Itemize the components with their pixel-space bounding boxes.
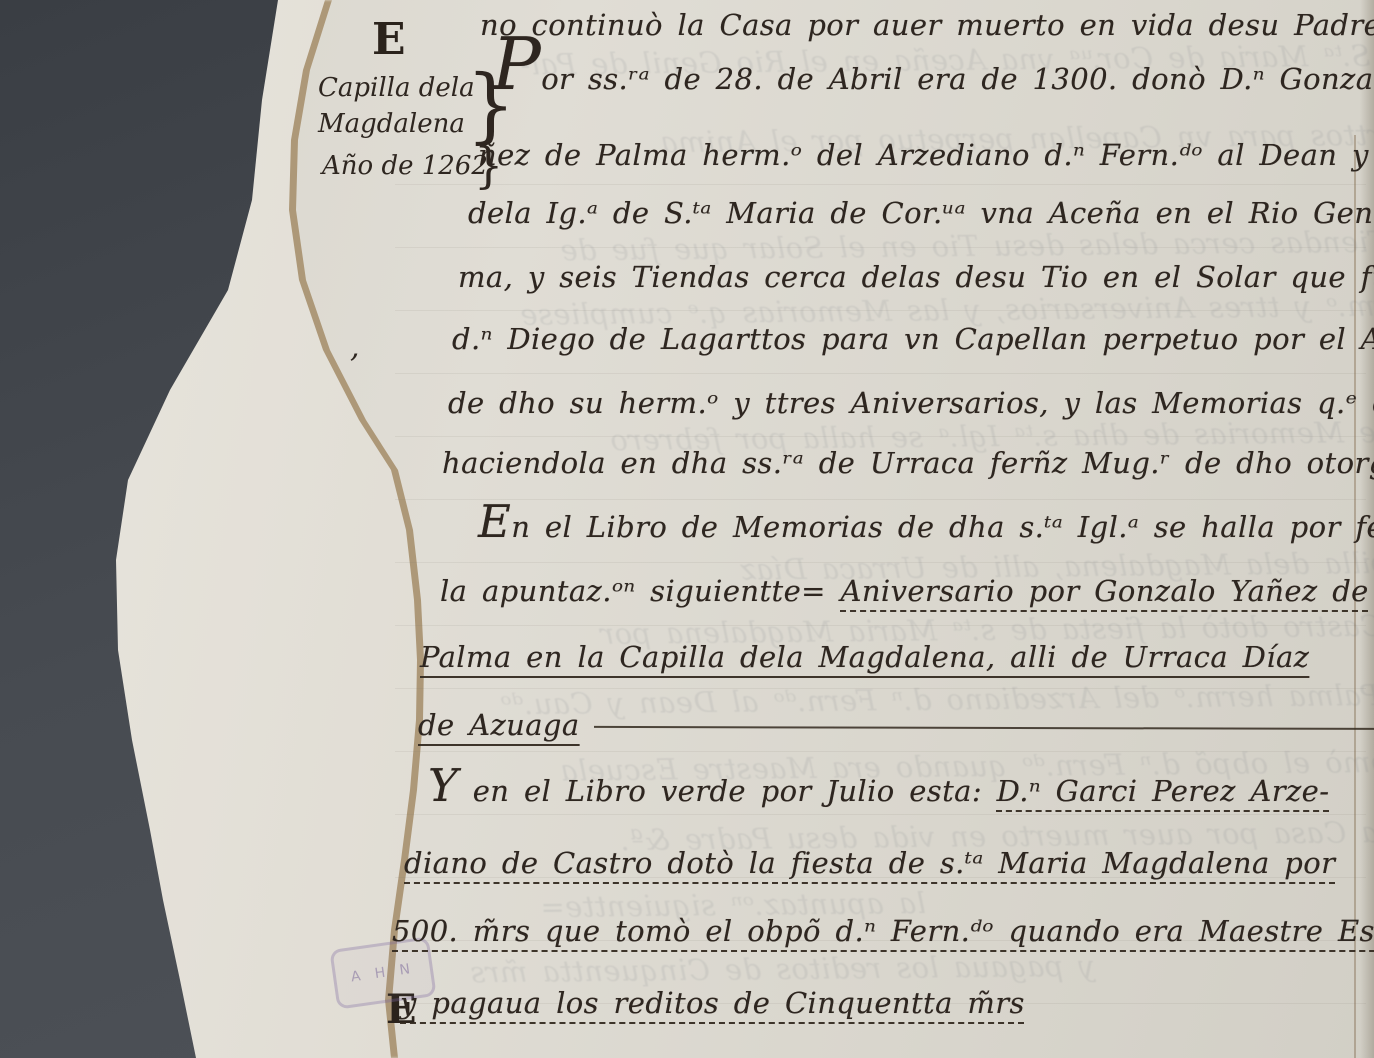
manuscript-line-6: d.ⁿ Diego de Lagarttos para vn Capellan … [452,322,1374,356]
line-text: ñez de Palma herm.ᵒ del Arzediano d.ⁿ Fe… [478,138,1374,172]
manuscript-line-8: haciendola en dha ss.ʳᵃ de Urraca ferñz … [442,446,1374,480]
line-text: de dho su herm.ᵒ y ttres Aniversarios, y… [448,386,1374,420]
manuscript-line-5: ma, y seis Tiendas cerca delas desu Tio … [458,260,1374,294]
margin-note-chapel-line2: Magdalena [318,109,465,139]
line-text: la apuntaz.ᵒⁿ siguientte= [440,574,840,608]
manuscript-line-3: ñez de Palma herm.ᵒ del Arzediano d.ⁿ Fe… [478,138,1374,172]
line-text: no continuò la Casa por auer muerto en v… [480,8,1374,42]
manuscript-line-4: dela Ig.ᵃ de S.ᵗᵃ Maria de Cor.ᵘᵃ vna Ac… [468,196,1374,230]
manuscript-line-13: Y en el Libro verde por Julio esta: D.ⁿ … [428,774,1329,808]
margin-note-chapel: Capilla dela Magdalena [318,70,475,142]
line-text: haciendola en dha ss.ʳᵃ de Urraca ferñz … [442,446,1374,480]
manuscript-line-12: de Azuaga [418,708,1374,742]
line-text: d.ⁿ Diego de Lagarttos para vn Capellan … [452,322,1374,356]
margin-note-year: Año de 1262 [322,148,488,184]
line-text-underlined: 500. m̃rs que tomò el obpõ d.ⁿ Fern.ᵈᵒ q… [392,914,1374,948]
margin-ink-mark: , [350,330,360,365]
margin-note-chapel-line1: Capilla dela [318,73,475,103]
manuscript-line-9: En el Libro de Memorias de dha s.ᵗᵃ Igl.… [478,510,1374,544]
bleedthrough-text: y pagaua los reditos de Cinquentta m̃rs [470,949,1095,990]
line-text-underlined: y pagaua los reditos de Cinquentta m̃rs [400,986,1025,1020]
manuscript-photo: dela Ig.ᵃ de S.ᵗᵃ Maria de Cor.ᵘᵃ vna Ac… [0,0,1374,1058]
manuscript-line-15: 500. m̃rs que tomò el obpõ d.ⁿ Fern.ᵈᵒ q… [392,914,1374,948]
ink-rule [594,726,1374,730]
manuscript-line-14: diano de Castro dotò la fiesta de s.ᵗᵃ M… [404,846,1335,880]
line-text: ma, y seis Tiendas cerca delas desu Tio … [458,260,1374,294]
line-text-underlined: Palma en la Capilla dela Magdalena, alli… [420,640,1309,674]
line-text: dela Ig.ᵃ de S.ᵗᵃ Maria de Cor.ᵘᵃ vna Ac… [468,196,1374,230]
line-text-underlined: Aniversario por Gonzalo Yañez de [840,574,1368,608]
manuscript-line-7: de dho su herm.ᵒ y ttres Aniversarios, y… [448,386,1374,420]
line-text: Y en el Libro verde por Julio esta: [428,774,997,808]
line-text: En el Libro de Memorias de dha s.ᵗᵃ Igl.… [478,510,1374,544]
line-text-underlined: D.ⁿ Garci Perez Arze- [997,774,1330,808]
line-text-underlined: de Azuaga [418,708,580,742]
manuscript-line-10: la apuntaz.ᵒⁿ siguientte= Aniversario po… [440,574,1369,608]
archive-stamp-label: A H N [350,961,416,986]
manuscript-line-2: Por ss.ʳᵃ de 28. de Abril era de 1300. d… [492,62,1374,96]
line-text: Por ss.ʳᵃ de 28. de Abril era de 1300. d… [492,62,1374,96]
margin-initial-top: E [372,14,406,65]
manuscript-line-11: Palma en la Capilla dela Magdalena, alli… [420,640,1309,674]
manuscript-line-16: y pagaua los reditos de Cinquentta m̃rs [400,986,1025,1020]
line-text-underlined: diano de Castro dotò la fiesta de s.ᵗᵃ M… [404,846,1335,880]
manuscript-line-1: no continuò la Casa por auer muerto en v… [480,8,1374,42]
